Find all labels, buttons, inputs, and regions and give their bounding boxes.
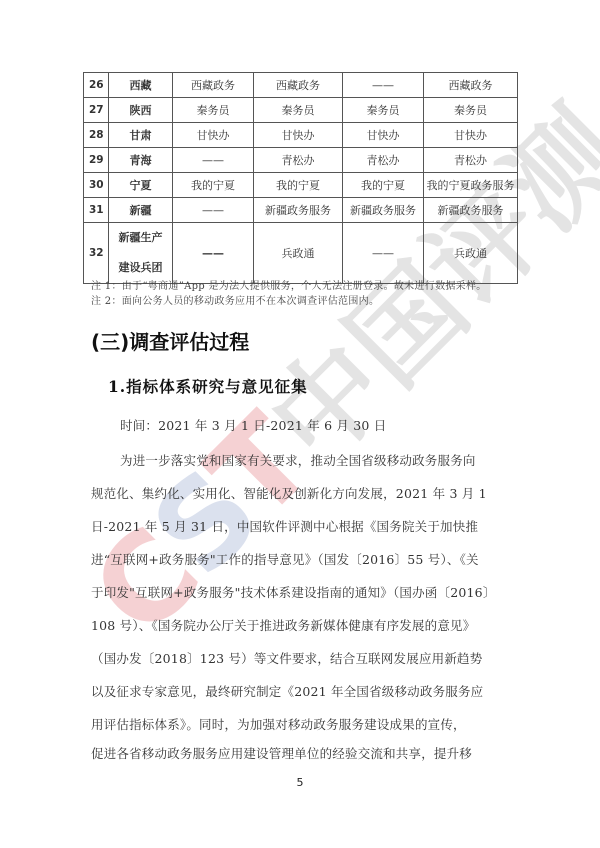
section-heading: (三)调查评估过程	[91, 326, 249, 355]
app-cell: 我的宁夏	[343, 173, 424, 198]
table-row: 28 甘肃 甘快办 甘快办 甘快办 甘快办	[84, 123, 518, 148]
app-cell: 秦务员	[343, 98, 424, 123]
app-cell: ——	[343, 73, 424, 98]
province-cell: 青海	[109, 148, 173, 173]
province-line-1: 新疆生产	[109, 223, 172, 253]
table-note-2: 注 2：面向公务人员的移动政务应用不在本次调查评估范围内。	[91, 292, 379, 307]
subsection-heading: 1.指标体系研究与意见征集	[108, 375, 308, 397]
app-cell: 新疆政务服务	[424, 198, 518, 223]
app-cell: 甘快办	[424, 123, 518, 148]
app-cell: 甘快办	[343, 123, 424, 148]
table-row: 29 青海 —— 青松办 青松办 青松办	[84, 148, 518, 173]
app-cell: 秦务员	[424, 98, 518, 123]
table-row: 27 陕西 秦务员 秦务员 秦务员 秦务员	[84, 98, 518, 123]
app-cell: 甘快办	[173, 123, 254, 148]
province-cell: 甘肃	[109, 123, 173, 148]
paragraph-line: 促进各省移动政务服务应用建设管理单位的经验交流和共享，提升移	[91, 744, 511, 762]
paragraph-line: 为进一步落实党和国家有关要求，推动全国省级移动政务服务向	[120, 451, 540, 469]
province-cell: 西藏	[109, 73, 173, 98]
page-number: 5	[0, 776, 600, 789]
paragraph-line: 于印发"互联网+政务服务"技术体系建设指南的通知》（国办函〔2016〕	[91, 583, 511, 601]
app-cell: 我的宁夏	[173, 173, 254, 198]
app-cell: 新疆政务服务	[343, 198, 424, 223]
app-cell: ——	[173, 148, 254, 173]
app-cell: 西藏政务	[254, 73, 343, 98]
app-cell: 秦务员	[254, 98, 343, 123]
table-row: 31 新疆 —— 新疆政务服务 新疆政务服务 新疆政务服务	[84, 198, 518, 223]
app-cell: 西藏政务	[173, 73, 254, 98]
row-number: 32	[84, 223, 109, 284]
province-app-table: 26 西藏 西藏政务 西藏政务 —— 西藏政务 27 陕西 秦务员 秦务员 秦务…	[83, 72, 518, 284]
province-cell: 新疆	[109, 198, 173, 223]
app-cell: 秦务员	[173, 98, 254, 123]
app-cell: 西藏政务	[424, 73, 518, 98]
paragraph-line: 日-2021 年 5 月 31 日，中国软件评测中心根据《国务院关于加快推	[91, 517, 511, 535]
paragraph-line: （国办发〔2018〕123 号）等文件要求，结合互联网发展应用新趋势	[91, 649, 511, 667]
app-cell: 新疆政务服务	[254, 198, 343, 223]
paragraph-line: 进“互联网+政务服务"工作的指导意见》（国发〔2016〕55 号）、《关	[91, 550, 511, 568]
app-cell: 我的宁夏政务服务	[424, 173, 518, 198]
paragraph-line: 规范化、集约化、实用化、智能化及创新化方向发展，2021 年 3 月 1	[91, 484, 511, 502]
table-row: 32 新疆生产 建设兵团 —— 兵政通 —— 兵政通	[84, 223, 518, 284]
app-cell: 我的宁夏	[254, 173, 343, 198]
paragraph-line: 用评估指标体系》。同时，为加强对移动政务服务建设成果的宣传，	[91, 715, 511, 733]
table-row: 26 西藏 西藏政务 西藏政务 —— 西藏政务	[84, 73, 518, 98]
app-cell: 青松办	[343, 148, 424, 173]
province-cell: 新疆生产 建设兵团	[109, 223, 173, 284]
table-row: 30 宁夏 我的宁夏 我的宁夏 我的宁夏 我的宁夏政务服务	[84, 173, 518, 198]
app-cell: 甘快办	[254, 123, 343, 148]
app-cell: 青松办	[254, 148, 343, 173]
row-number: 26	[84, 73, 109, 98]
app-cell: 兵政通	[424, 223, 518, 284]
province-cell: 陕西	[109, 98, 173, 123]
app-cell: ——	[173, 223, 254, 284]
row-number: 27	[84, 98, 109, 123]
row-number: 30	[84, 173, 109, 198]
row-number: 31	[84, 198, 109, 223]
app-cell: ——	[173, 198, 254, 223]
app-cell: 青松办	[424, 148, 518, 173]
paragraph-line: 以及征求专家意见，最终研究制定《2021 年全国省级移动政务服务应	[91, 682, 511, 700]
time-range: 时间：2021 年 3 月 1 日-2021 年 6 月 30 日	[120, 416, 540, 434]
row-number: 29	[84, 148, 109, 173]
row-number: 28	[84, 123, 109, 148]
province-cell: 宁夏	[109, 173, 173, 198]
paragraph-line: 108 号）、《国务院办公厅关于推进政务新媒体健康有序发展的意见》	[91, 616, 511, 634]
app-cell: 兵政通	[254, 223, 343, 284]
app-cell: ——	[343, 223, 424, 284]
table-note-1: 注 1：由于“粤商通”App 是为法人提供服务，个人无法注册登录。故未进行数据采…	[91, 277, 487, 292]
